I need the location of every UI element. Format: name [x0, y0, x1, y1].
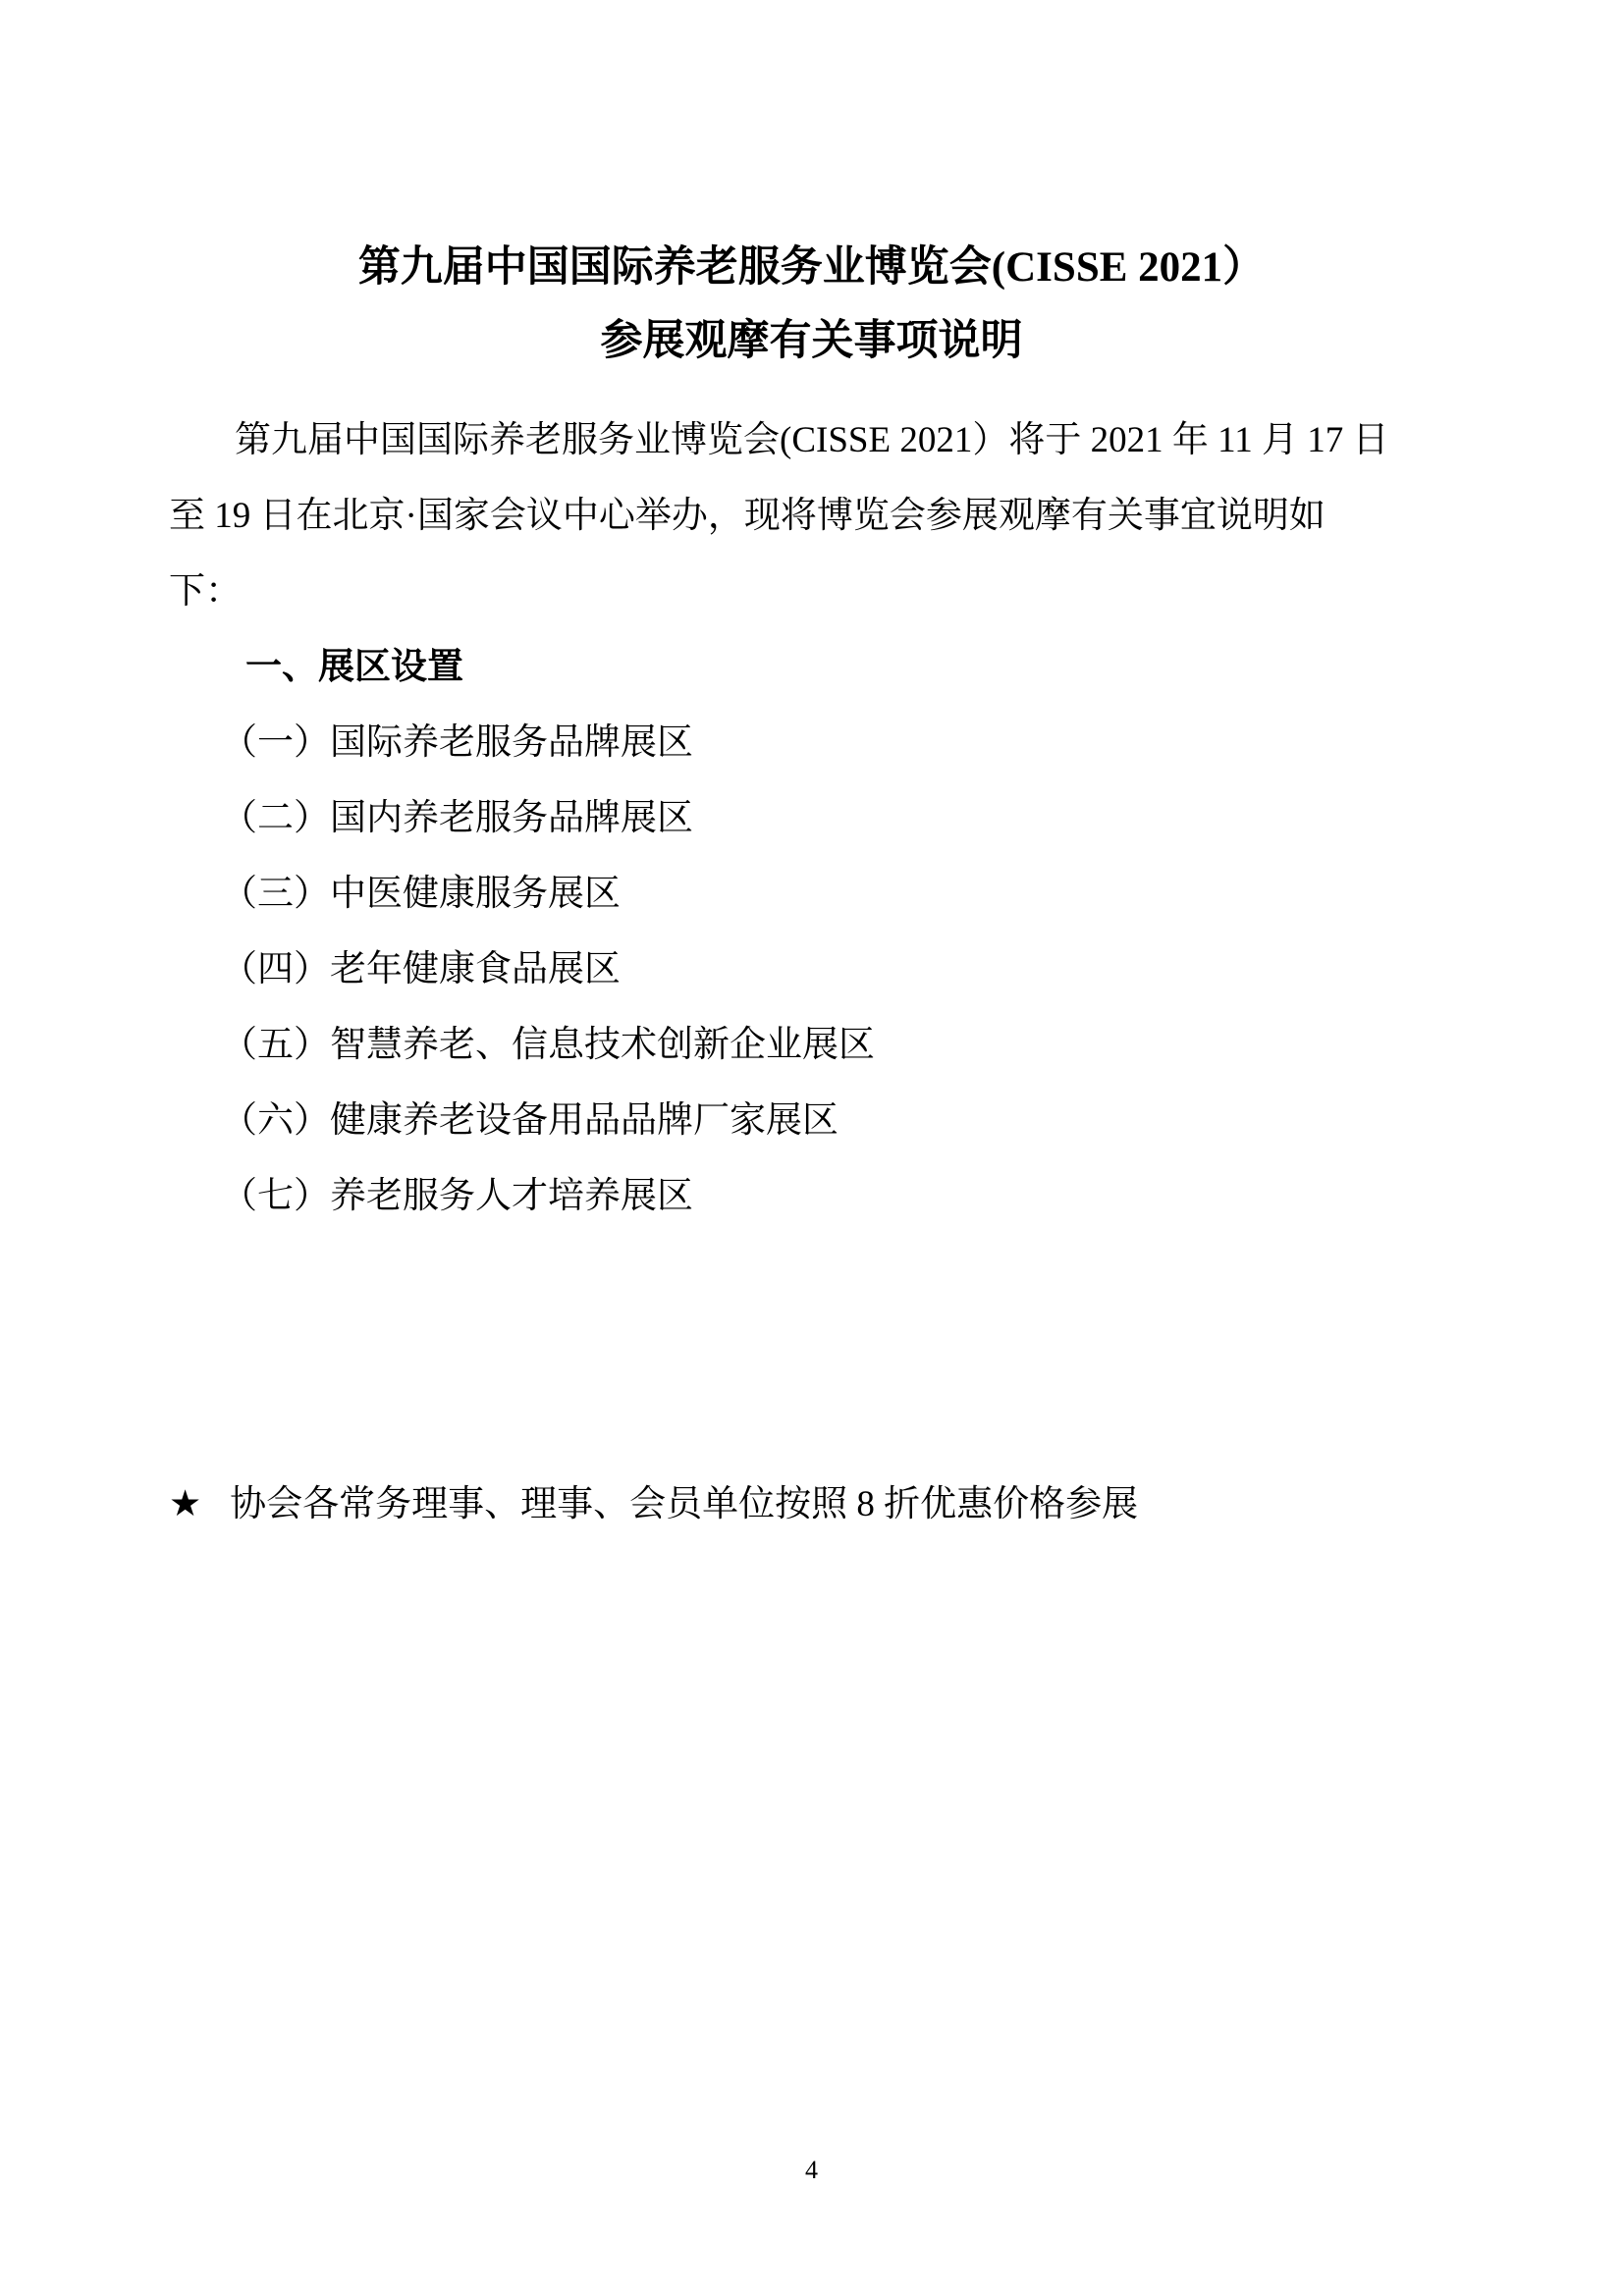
exhibition-zone-item-2: （二）国内养老服务品牌展区 — [169, 780, 1454, 856]
intro-paragraph-line-2: 至 19 日在北京·国家会议中心举办，现将博览会参展观摩有关事宜说明如 — [169, 478, 1454, 554]
intro-paragraph-line-3: 下： — [169, 554, 1454, 629]
document-title-line-2: 参展观摩有关事项说明 — [169, 317, 1454, 366]
page-number: 4 — [0, 2156, 1623, 2185]
document-title-line-1: 第九届中国国际养老服务业博览会(CISSE 2021） — [169, 243, 1454, 293]
section-heading-zone-setup: 一、展区设置 — [169, 629, 1454, 705]
exhibition-zone-item-7: （七）养老服务人才培养展区 — [169, 1158, 1454, 1234]
exhibition-zone-item-3: （三）中医健康服务展区 — [169, 856, 1454, 932]
exhibition-zone-item-5: （五）智慧养老、信息技术创新企业展区 — [169, 1007, 1454, 1083]
intro-paragraph-line-1: 第九届中国国际养老服务业博览会(CISSE 2021）将于 2021 年 11 … — [169, 402, 1454, 478]
star-note-text: 协会各常务理事、理事、会员单位按照 8 折优惠价格参展 — [230, 1484, 1138, 1524]
exhibition-zone-item-4: （四）老年健康食品展区 — [169, 932, 1454, 1007]
document-page: 第九届中国国际养老服务业博览会(CISSE 2021） 参展观摩有关事项说明 第… — [0, 0, 1623, 2296]
exhibition-zone-item-1: （一）国际养老服务品牌展区 — [169, 705, 1454, 780]
star-icon: ★ — [169, 1466, 201, 1541]
exhibition-zone-item-6: （六）健康养老设备用品品牌厂家展区 — [169, 1083, 1454, 1158]
star-note-line: ★协会各常务理事、理事、会员单位按照 8 折优惠价格参展 — [169, 1466, 1454, 1542]
